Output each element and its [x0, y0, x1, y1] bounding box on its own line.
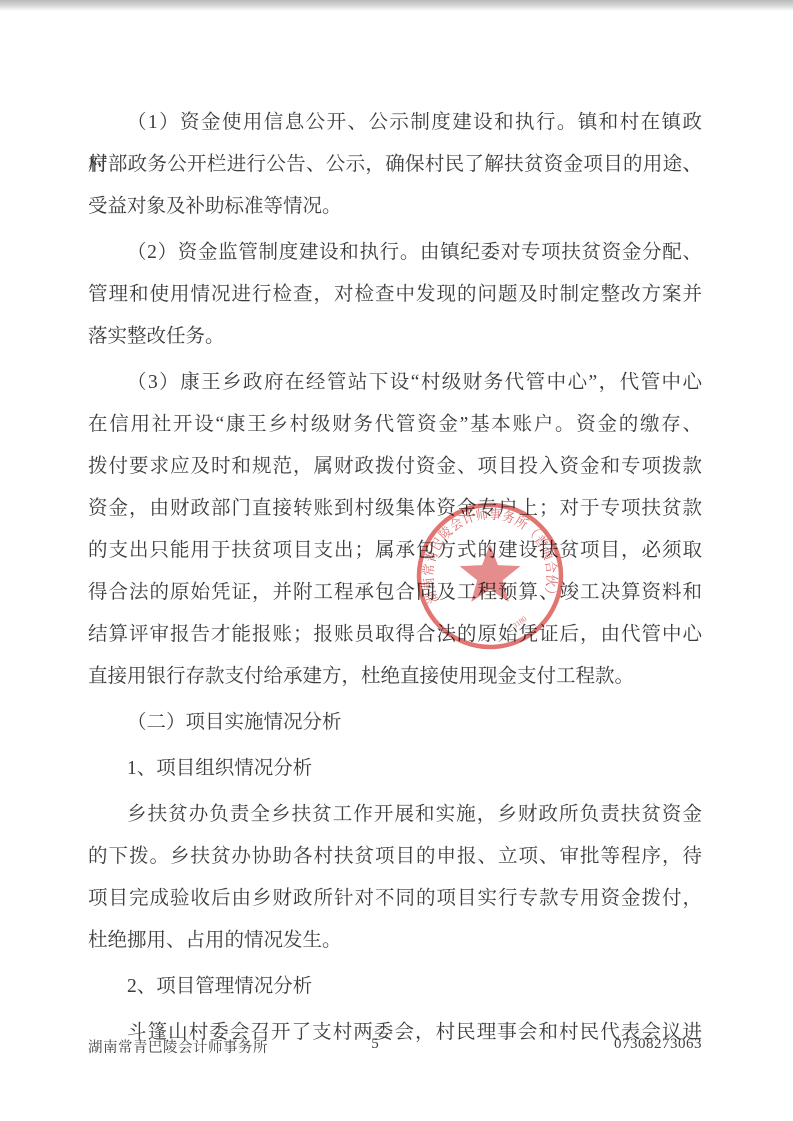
text-line: （2）资金监管制度建设和执行。由镇纪委对专项扶贫资金分配、: [88, 232, 702, 274]
scanned-document-page: { "doc": { "blocks": [ { "style": "body"…: [0, 0, 793, 1121]
text-line: 资金，由财政部门直接转账到村级集体资金专户上；对于专项扶贫款: [88, 488, 702, 530]
paragraph: （1）资金使用信息公开、公示制度建设和执行。镇和村在镇政府、村部政务公开栏进行公…: [88, 102, 702, 228]
text-line: （3）康王乡政府在经管站下设“村级财务代管中心”，代管中心: [88, 362, 702, 404]
document-body: （1）资金使用信息公开、公示制度建设和执行。镇和村在镇政府、村部政务公开栏进行公…: [88, 102, 702, 1058]
paragraph: （3）康王乡政府在经管站下设“村级财务代管中心”，代管中心在信用社开设“康王乡村…: [88, 362, 702, 698]
text-line: 结算评审报告才能报账；报账员取得合法的原始凭证后，由代管中心: [88, 614, 702, 656]
heading: （二）项目实施情况分析: [88, 702, 702, 744]
text-line: 落实整改任务。: [88, 316, 702, 358]
text-line: 村部政务公开栏进行公告、公示，确保村民了解扶贫资金项目的用途、: [88, 144, 702, 186]
text-line: 2、项目管理情况分析: [88, 966, 702, 1008]
text-line: 乡扶贫办负责全乡扶贫工作开展和实施，乡财政所负责扶贫资金: [88, 794, 702, 836]
footer-page-number: 5: [355, 1036, 395, 1053]
footer-phone-number: 07308273063: [614, 1036, 702, 1053]
scan-edge-artifact: [0, 0, 793, 11]
text-line: 在信用社开设“康王乡村级财务代管资金”基本账户。资金的缴存、: [88, 404, 702, 446]
paragraph: 乡扶贫办负责全乡扶贫工作开展和实施，乡财政所负责扶贫资金的下拨。乡扶贫办协助各村…: [88, 794, 702, 962]
text-line: 得合法的原始凭证，并附工程承包合同及工程预算、竣工决算资料和: [88, 572, 702, 614]
footer-firm-name: 湖南常青巴陵会计师事务所: [88, 1036, 268, 1057]
text-line: （1）资金使用信息公开、公示制度建设和执行。镇和村在镇政府、: [88, 102, 702, 144]
heading: 2、项目管理情况分析: [88, 966, 702, 1008]
text-line: 杜绝挪用、占用的情况发生。: [88, 920, 702, 962]
text-line: 拨付要求应及时和规范，属财政拨付资金、项目投入资金和专项拨款: [88, 446, 702, 488]
paragraph: （2）资金监管制度建设和执行。由镇纪委对专项扶贫资金分配、管理和使用情况进行检查…: [88, 232, 702, 358]
text-line: （二）项目实施情况分析: [88, 702, 702, 744]
text-line: 1、项目组织情况分析: [88, 748, 702, 790]
text-line: 直接用银行存款支付给承建方，杜绝直接使用现金支付工程款。: [88, 656, 702, 698]
text-line: 项目完成验收后由乡财政所针对不同的项目实行专款专用资金拨付，: [88, 878, 702, 920]
heading: 1、项目组织情况分析: [88, 748, 702, 790]
text-line: 管理和使用情况进行检查，对检查中发现的问题及时制定整改方案并: [88, 274, 702, 316]
text-line: 的支出只能用于扶贫项目支出；属承包方式的建设扶贫项目，必须取: [88, 530, 702, 572]
text-line: 的下拨。乡扶贫办协助各村扶贫项目的申报、立项、审批等程序，待: [88, 836, 702, 878]
text-line: 受益对象及补助标准等情况。: [88, 186, 702, 228]
